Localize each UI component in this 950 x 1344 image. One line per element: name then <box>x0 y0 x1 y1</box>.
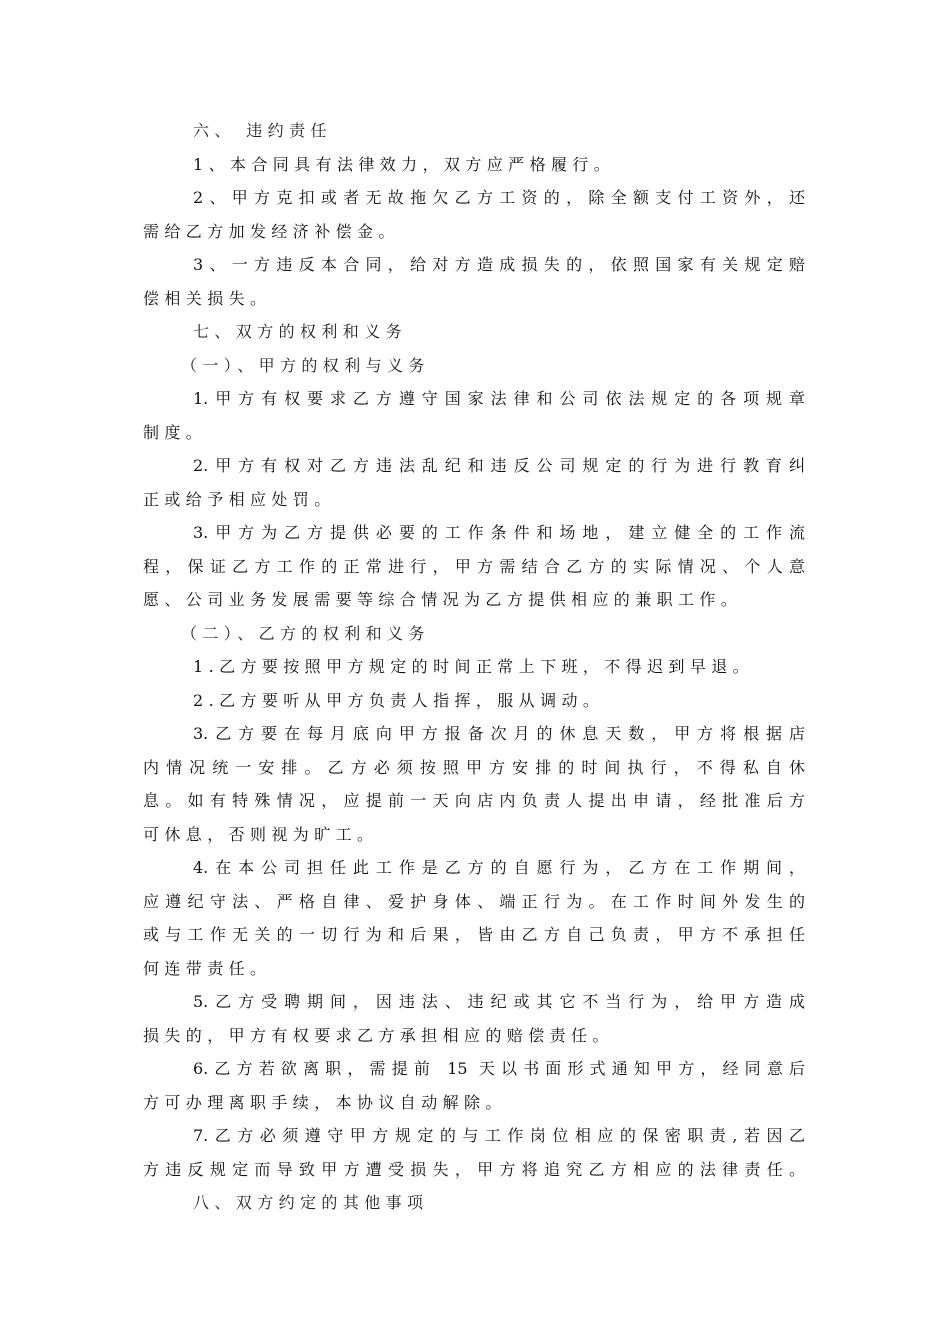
paragraph: 3.乙方要在每月底向甲方报备次月的休息天数，甲方将根据店 内情况统一安排。乙方必… <box>143 717 805 851</box>
paragraph: 4.在本公司担任此工作是乙方的自愿行为，乙方在工作期间， 应遵纪守法、严格自律、… <box>143 851 805 985</box>
paragraph: 1.乙方要按照甲方规定的时间正常上下班，不得迟到早退。 <box>143 650 805 684</box>
paragraph-line: 1、本合同具有法律效力，双方应严格履行。 <box>143 148 805 182</box>
paragraph: 6.乙方若欲离职，需提前 15 天以书面形式通知甲方，经同意后 方可办理离职手续… <box>143 1052 805 1119</box>
paragraph-line: 损失的，甲方有权要求乙方承担相应的赔偿责任。 <box>143 1019 805 1053</box>
paragraph-line: 需给乙方加发经济补偿金。 <box>143 215 805 249</box>
section-heading: 八、双方约定的其他事项 <box>143 1186 805 1220</box>
paragraph-line: 内情况统一安排。乙方必须按照甲方安排的时间执行，不得私自休 <box>143 751 805 785</box>
subsection-party-b: （二）、乙方的权利和义务 1.乙方要按照甲方规定的时间正常上下班，不得迟到早退。… <box>143 617 805 1187</box>
section-heading: 七、双方的权利和义务 <box>143 315 805 349</box>
paragraph-line: 方可办理离职手续，本协议自动解除。 <box>143 1086 805 1120</box>
document-page: 六、 违约责任 1、本合同具有法律效力，双方应严格履行。 2、甲方克扣或者无故拖… <box>143 114 805 1220</box>
paragraph-line: 可休息，否则视为旷工。 <box>143 818 805 852</box>
paragraph: 1.甲方有权要求乙方遵守国家法律和公司依法规定的各项规章 制度。 <box>143 382 805 449</box>
paragraph-line: 3、一方违反本合同，给对方造成损失的，依照国家有关规定赔 <box>143 248 805 282</box>
paragraph-line: 应遵纪守法、严格自律、爱护身体、端正行为。在工作时间外发生的 <box>143 885 805 919</box>
paragraph-line: 制度。 <box>143 416 805 450</box>
paragraph-line: 1.乙方要按照甲方规定的时间正常上下班，不得迟到早退。 <box>143 650 805 684</box>
paragraph-line: 方违反规定而导致甲方遭受损失，甲方将追究乙方相应的法律责任。 <box>143 1153 805 1187</box>
paragraph-line: 4.在本公司担任此工作是乙方的自愿行为，乙方在工作期间， <box>143 851 805 885</box>
paragraph-line: 1.甲方有权要求乙方遵守国家法律和公司依法规定的各项规章 <box>143 382 805 416</box>
section-other-matters: 八、双方约定的其他事项 <box>143 1186 805 1220</box>
section-heading: 六、 违约责任 <box>143 114 805 148</box>
paragraph: 1、本合同具有法律效力，双方应严格履行。 <box>143 148 805 182</box>
paragraph: 5.乙方受聘期间，因违法、违纪或其它不当行为，给甲方造成 损失的，甲方有权要求乙… <box>143 985 805 1052</box>
paragraph-line: 愿、公司业务发展需要等综合情况为乙方提供相应的兼职工作。 <box>143 583 805 617</box>
paragraph-line: 息。如有特殊情况，应提前一天向店内负责人提出申请，经批准后方 <box>143 784 805 818</box>
paragraph: 2.甲方有权对乙方违法乱纪和违反公司规定的行为进行教育纠 正或给予相应处罚。 <box>143 449 805 516</box>
paragraph-line: 或与工作无关的一切行为和后果，皆由乙方自己负责，甲方不承担任 <box>143 918 805 952</box>
subsection-heading: （二）、乙方的权利和义务 <box>143 617 805 651</box>
paragraph-line: 7.乙方必须遵守甲方规定的与工作岗位相应的保密职责,若因乙 <box>143 1119 805 1153</box>
paragraph-line: 程，保证乙方工作的正常进行，甲方需结合乙方的实际情况、个人意 <box>143 550 805 584</box>
paragraph-line: 2.乙方要听从甲方负责人指挥，服从调动。 <box>143 684 805 718</box>
paragraph-line: 2.甲方有权对乙方违法乱纪和违反公司规定的行为进行教育纠 <box>143 449 805 483</box>
section-rights-and-obligations: 七、双方的权利和义务 （一）、甲方的权利与义务 1.甲方有权要求乙方遵守国家法律… <box>143 315 805 1186</box>
subsection-heading: （一）、甲方的权利与义务 <box>143 349 805 383</box>
paragraph: 2.乙方要听从甲方负责人指挥，服从调动。 <box>143 684 805 718</box>
section-breach-liability: 六、 违约责任 1、本合同具有法律效力，双方应严格履行。 2、甲方克扣或者无故拖… <box>143 114 805 315</box>
paragraph-line: 3.甲方为乙方提供必要的工作条件和场地，建立健全的工作流 <box>143 516 805 550</box>
paragraph-line: 偿相关损失。 <box>143 282 805 316</box>
paragraph: 7.乙方必须遵守甲方规定的与工作岗位相应的保密职责,若因乙 方违反规定而导致甲方… <box>143 1119 805 1186</box>
paragraph-line: 2、甲方克扣或者无故拖欠乙方工资的，除全额支付工资外，还 <box>143 181 805 215</box>
paragraph: 3.甲方为乙方提供必要的工作条件和场地，建立健全的工作流 程，保证乙方工作的正常… <box>143 516 805 617</box>
paragraph-line: 正或给予相应处罚。 <box>143 483 805 517</box>
paragraph: 3、一方违反本合同，给对方造成损失的，依照国家有关规定赔 偿相关损失。 <box>143 248 805 315</box>
subsection-party-a: （一）、甲方的权利与义务 1.甲方有权要求乙方遵守国家法律和公司依法规定的各项规… <box>143 349 805 617</box>
paragraph: 2、甲方克扣或者无故拖欠乙方工资的，除全额支付工资外，还 需给乙方加发经济补偿金… <box>143 181 805 248</box>
paragraph-line: 何连带责任。 <box>143 952 805 986</box>
paragraph-line: 5.乙方受聘期间，因违法、违纪或其它不当行为，给甲方造成 <box>143 985 805 1019</box>
paragraph-line: 3.乙方要在每月底向甲方报备次月的休息天数，甲方将根据店 <box>143 717 805 751</box>
paragraph-line: 6.乙方若欲离职，需提前 15 天以书面形式通知甲方，经同意后 <box>143 1052 805 1086</box>
